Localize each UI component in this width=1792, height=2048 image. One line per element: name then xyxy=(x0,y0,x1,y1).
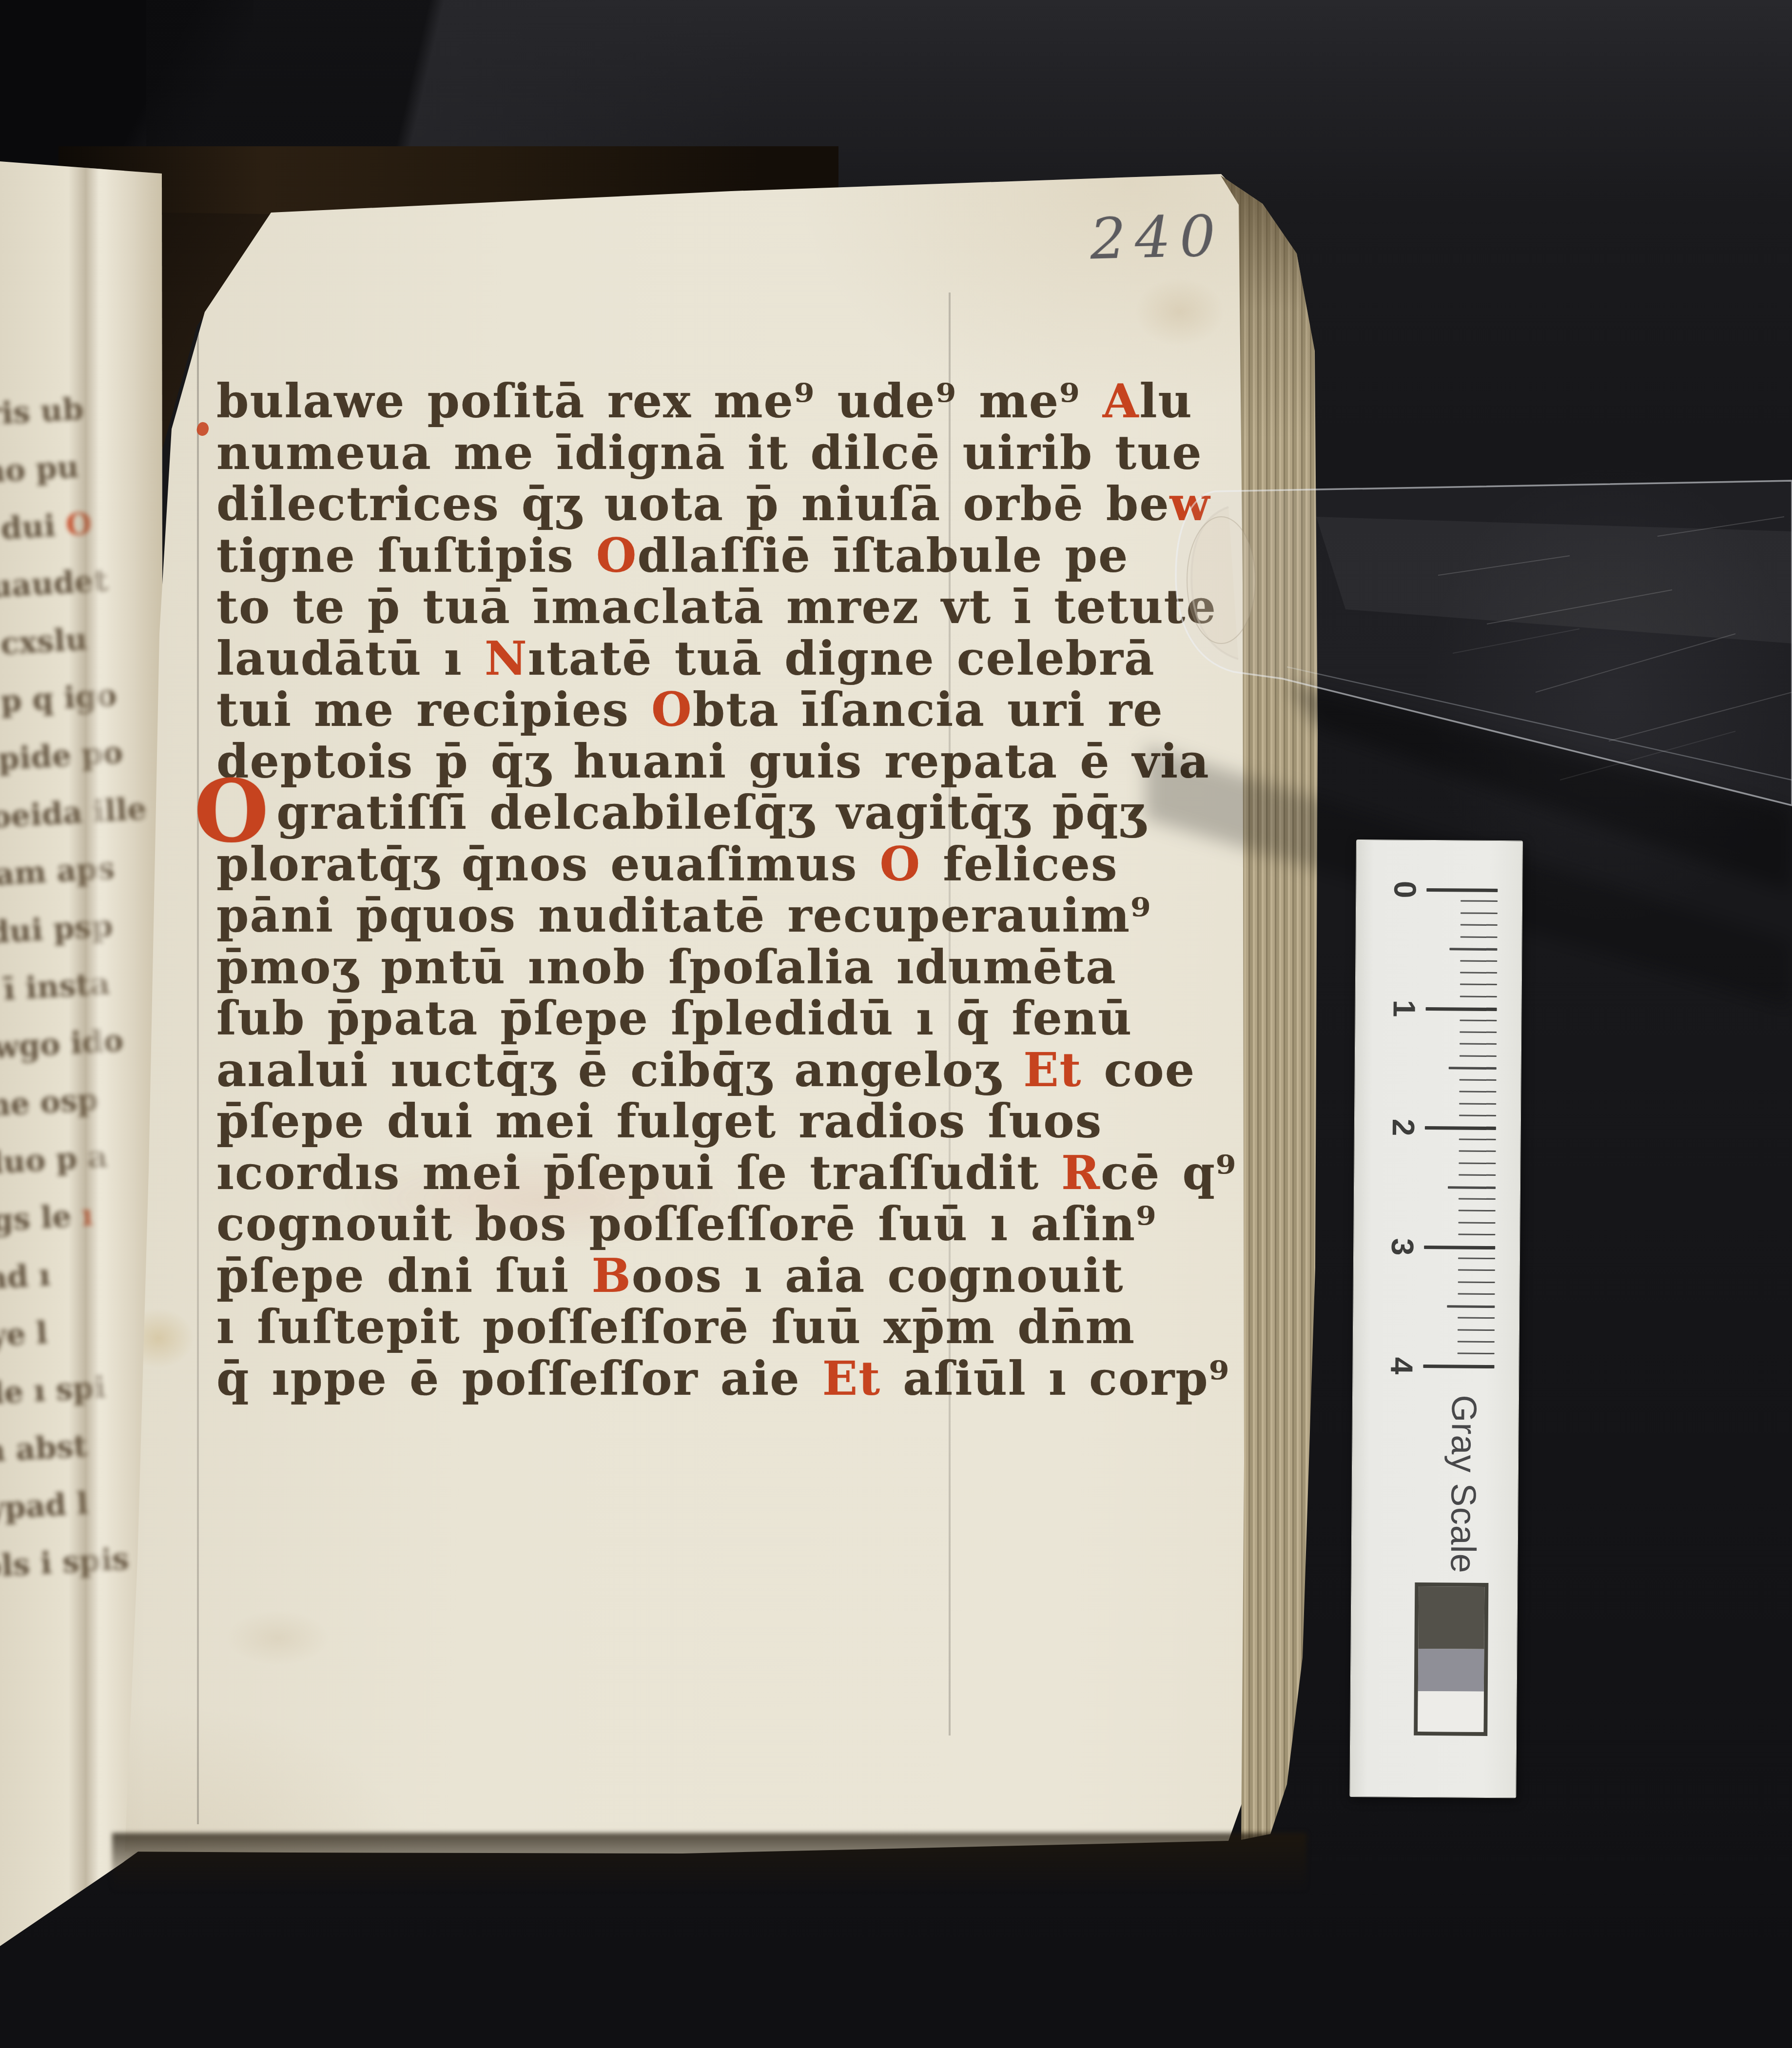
ruler-tick xyxy=(1458,1317,1495,1319)
ink-text: tigne ſuſtipis xyxy=(216,529,596,583)
parchment-stain xyxy=(1116,263,1243,361)
manuscript-line: tigne ſuſtipis Odlaſſiē īſtabule pe xyxy=(216,529,1191,581)
ruler-tick xyxy=(1458,1341,1495,1343)
ruler-tick xyxy=(1426,1007,1497,1011)
manuscript-line: p̄ſepe dui mei fulget radios ſuos xyxy=(216,1094,1191,1146)
ink-text: tui me recipies xyxy=(216,683,651,737)
manuscript-line: laudātū ı Nıtatē tuā digne celebrā xyxy=(216,632,1191,683)
rubric-text: O xyxy=(596,529,638,583)
manuscript-line: aıalui ıuctq̄ʒ ē cibq̄ʒ angeloʒ Et coe xyxy=(216,1043,1191,1095)
ruler-tick xyxy=(1459,1103,1496,1105)
ink-text: ı ſuſtepit poſſeſſorē ſuū xp̄m dn̄m xyxy=(216,1300,1135,1354)
manuscript-line: to te p̄ tuā īmaclatā mrez vt ī tetute xyxy=(216,580,1191,632)
ruler-tick xyxy=(1460,1079,1497,1081)
grayscale-ruler: 01234 Gray Scale xyxy=(1349,839,1523,1798)
ruler-number: 2 xyxy=(1385,1119,1422,1136)
ink-text: p̄ſepe dni ſui xyxy=(216,1249,591,1303)
rubric-text: N xyxy=(485,632,528,686)
ruler-tick xyxy=(1458,1269,1495,1271)
ruler-tick xyxy=(1461,924,1498,926)
ink-text: ıcordıs mei p̄ſepui ſe traſſudit xyxy=(216,1146,1061,1200)
ruler-tick xyxy=(1449,948,1497,951)
ruler-tick xyxy=(1460,1032,1497,1034)
parchment-stain xyxy=(205,1599,351,1677)
manuscript-line: cognouit bos poſſeſſorē ſuū ı aſin⁹ xyxy=(216,1197,1191,1249)
ruler-tick xyxy=(1424,1246,1495,1249)
ruler-label: Gray Scale xyxy=(1442,1395,1484,1574)
manuscript-line: ploratq̄ʒ q̄nos euaſimus O felices xyxy=(216,838,1191,889)
ruler-tick xyxy=(1458,1281,1495,1283)
rubric-text: O xyxy=(651,683,693,737)
ink-text: cognouit bos poſſeſſorē ſuū ı aſin⁹ xyxy=(216,1197,1157,1251)
ink-text: ploratq̄ʒ q̄nos euaſimus xyxy=(216,838,879,892)
rubric-text: A xyxy=(1103,374,1140,429)
rubric-text: R xyxy=(1061,1146,1101,1200)
ruler-tick xyxy=(1447,1305,1495,1308)
ink-text: bta īſancia uri re xyxy=(693,683,1164,737)
ruler-tick xyxy=(1459,1138,1496,1140)
manuscript-line: pāni p̄quos nuditatē recuperauim⁹ xyxy=(216,889,1191,940)
ruler-tick xyxy=(1459,1222,1496,1224)
manuscript-line: ıcordıs mei p̄ſepui ſe traſſudit Rcē q⁹ xyxy=(216,1146,1191,1198)
ruler-tick xyxy=(1460,995,1497,997)
ink-text: ſub p̄pata p̄ſepe ſpledidū ı q̄ fenū xyxy=(216,992,1132,1046)
folio-number: 240 xyxy=(1089,203,1225,272)
rubric-text: Et xyxy=(1023,1043,1082,1097)
ruler-tick xyxy=(1460,984,1497,986)
ruler-tick xyxy=(1458,1353,1495,1355)
rubric-text: Et xyxy=(822,1352,881,1406)
ink-text: felices xyxy=(921,838,1118,892)
ink-text: dlaſſiē īſtabule pe xyxy=(638,529,1129,583)
ruler-ticks xyxy=(1357,840,1522,841)
ink-text: to te p̄ tuā īmaclatā mrez vt ī tetute xyxy=(216,580,1217,634)
ruler-numbers: 01234 xyxy=(1357,840,1522,841)
ink-text: gratiſſī delcabileſq̄ʒ vagitq̄ʒ p̄q̄ʒ xyxy=(276,786,1146,840)
ruler-tick xyxy=(1460,1043,1497,1045)
rubric-text: B xyxy=(591,1249,631,1303)
ruler-tick xyxy=(1461,912,1498,914)
page-bottom-shadow xyxy=(112,1833,1306,1892)
ink-text: p̄moʒ pntū ınob ſpoſalia ıdumēta xyxy=(216,940,1117,995)
patch-white xyxy=(1418,1691,1484,1732)
ruler-tick xyxy=(1461,900,1498,902)
ink-text: laudātū ı xyxy=(216,632,485,686)
grayscale-patches xyxy=(1414,1582,1488,1736)
manuscript-line: bulawe poſitā rex me⁹ ude⁹ me⁹ Alu xyxy=(216,374,1191,426)
ink-text: lu xyxy=(1140,374,1193,429)
manuscript-photograph: rtedaris ublguamo puo des dui Oob lquaud… xyxy=(0,0,1792,2048)
ruler-tick xyxy=(1458,1329,1495,1331)
ink-text: p̄ſepe dui mei fulget radios ſuos xyxy=(216,1094,1102,1149)
ruler-tick xyxy=(1426,888,1498,892)
ruler-number: 0 xyxy=(1387,881,1423,898)
ink-text: deptois p̄ q̄ʒ huani guis repata ē via xyxy=(216,735,1210,789)
manuscript-line: ſub p̄pata p̄ſepe ſpledidū ı q̄ fenū xyxy=(216,992,1191,1043)
manuscript-line: numeua me īdignā it dilcē uirib tue xyxy=(216,426,1191,478)
manuscript-line: ı ſuſtepit poſſeſſorē ſuū xp̄m dn̄m xyxy=(216,1300,1191,1352)
manuscript-line: p̄moʒ pntū ınob ſpoſalia ıdumēta xyxy=(216,940,1191,992)
ruler-tick xyxy=(1460,972,1497,974)
ruler-tick xyxy=(1459,1114,1496,1116)
ink-text: bulawe poſitā rex me⁹ ude⁹ me⁹ xyxy=(216,374,1103,429)
ink-text: aıalui ıuctq̄ʒ ē cibq̄ʒ angeloʒ xyxy=(216,1043,1023,1097)
ruler-tick xyxy=(1461,936,1498,938)
ink-text: oos ı aia cognouit xyxy=(632,1249,1124,1303)
ruler-tick xyxy=(1458,1257,1495,1259)
ink-text: pāni p̄quos nuditatē recuperauim⁹ xyxy=(216,889,1152,943)
ruler-tick xyxy=(1458,1234,1495,1236)
ruler-tick xyxy=(1459,1091,1496,1093)
ruler-tick xyxy=(1460,1019,1497,1021)
ruler-tick xyxy=(1449,1067,1497,1070)
ink-text: dilectrices q̄ʒ uota p̄ niuſā orbē be xyxy=(216,477,1170,531)
rubric-text: O xyxy=(879,838,921,892)
ink-text: cē q⁹ xyxy=(1101,1146,1237,1200)
manuscript-line: tui me recipies Obta īſancia uri re xyxy=(216,683,1191,735)
patch-mid-gray xyxy=(1418,1649,1484,1691)
patch-dark-gray xyxy=(1418,1586,1484,1649)
ruler-number: 4 xyxy=(1383,1357,1420,1374)
manuscript-line: q̄ ıppe ē poſſeſſor aie Et aſiūl ı corp⁹ xyxy=(216,1352,1191,1404)
ruler-number: 1 xyxy=(1386,1000,1422,1017)
ruler-tick xyxy=(1459,1210,1496,1212)
ink-text: ıtatē tuā digne celebrā xyxy=(528,632,1155,686)
ruler-tick xyxy=(1459,1198,1496,1200)
ruler-number: 3 xyxy=(1384,1238,1421,1255)
ruler-tick xyxy=(1425,1126,1496,1130)
ink-text: q̄ ıppe ē poſſeſſor aie xyxy=(216,1352,822,1406)
ruler-tick xyxy=(1459,1151,1496,1152)
ruler-tick xyxy=(1459,1162,1496,1164)
ink-text: coe xyxy=(1082,1043,1195,1097)
manuscript-line: deptois p̄ q̄ʒ huani guis repata ē via xyxy=(216,735,1191,786)
manuscript-line: Ogratiſſī delcabileſq̄ʒ vagitq̄ʒ p̄q̄ʒ xyxy=(216,786,1191,838)
manuscript-line: dilectrices q̄ʒ uota p̄ niuſā orbē bew xyxy=(216,477,1191,529)
rubric-text: w xyxy=(1170,477,1211,531)
ruler-tick xyxy=(1423,1365,1494,1368)
ruler-tick xyxy=(1448,1186,1496,1189)
ruler-tick xyxy=(1459,1174,1496,1176)
ruler-tick xyxy=(1458,1293,1495,1295)
ink-text: aſiūl ı corp⁹ xyxy=(881,1352,1230,1406)
ruler-tick xyxy=(1460,960,1497,962)
ruler-tick xyxy=(1460,1055,1497,1057)
ink-text: numeua me īdignā it dilcē uirib tue xyxy=(216,426,1203,480)
text-block: bulawe poſitā rex me⁹ ude⁹ me⁹ Alunumeua… xyxy=(199,374,1191,1403)
manuscript-line: p̄ſepe dni ſui Boos ı aia cognouit xyxy=(216,1249,1191,1301)
